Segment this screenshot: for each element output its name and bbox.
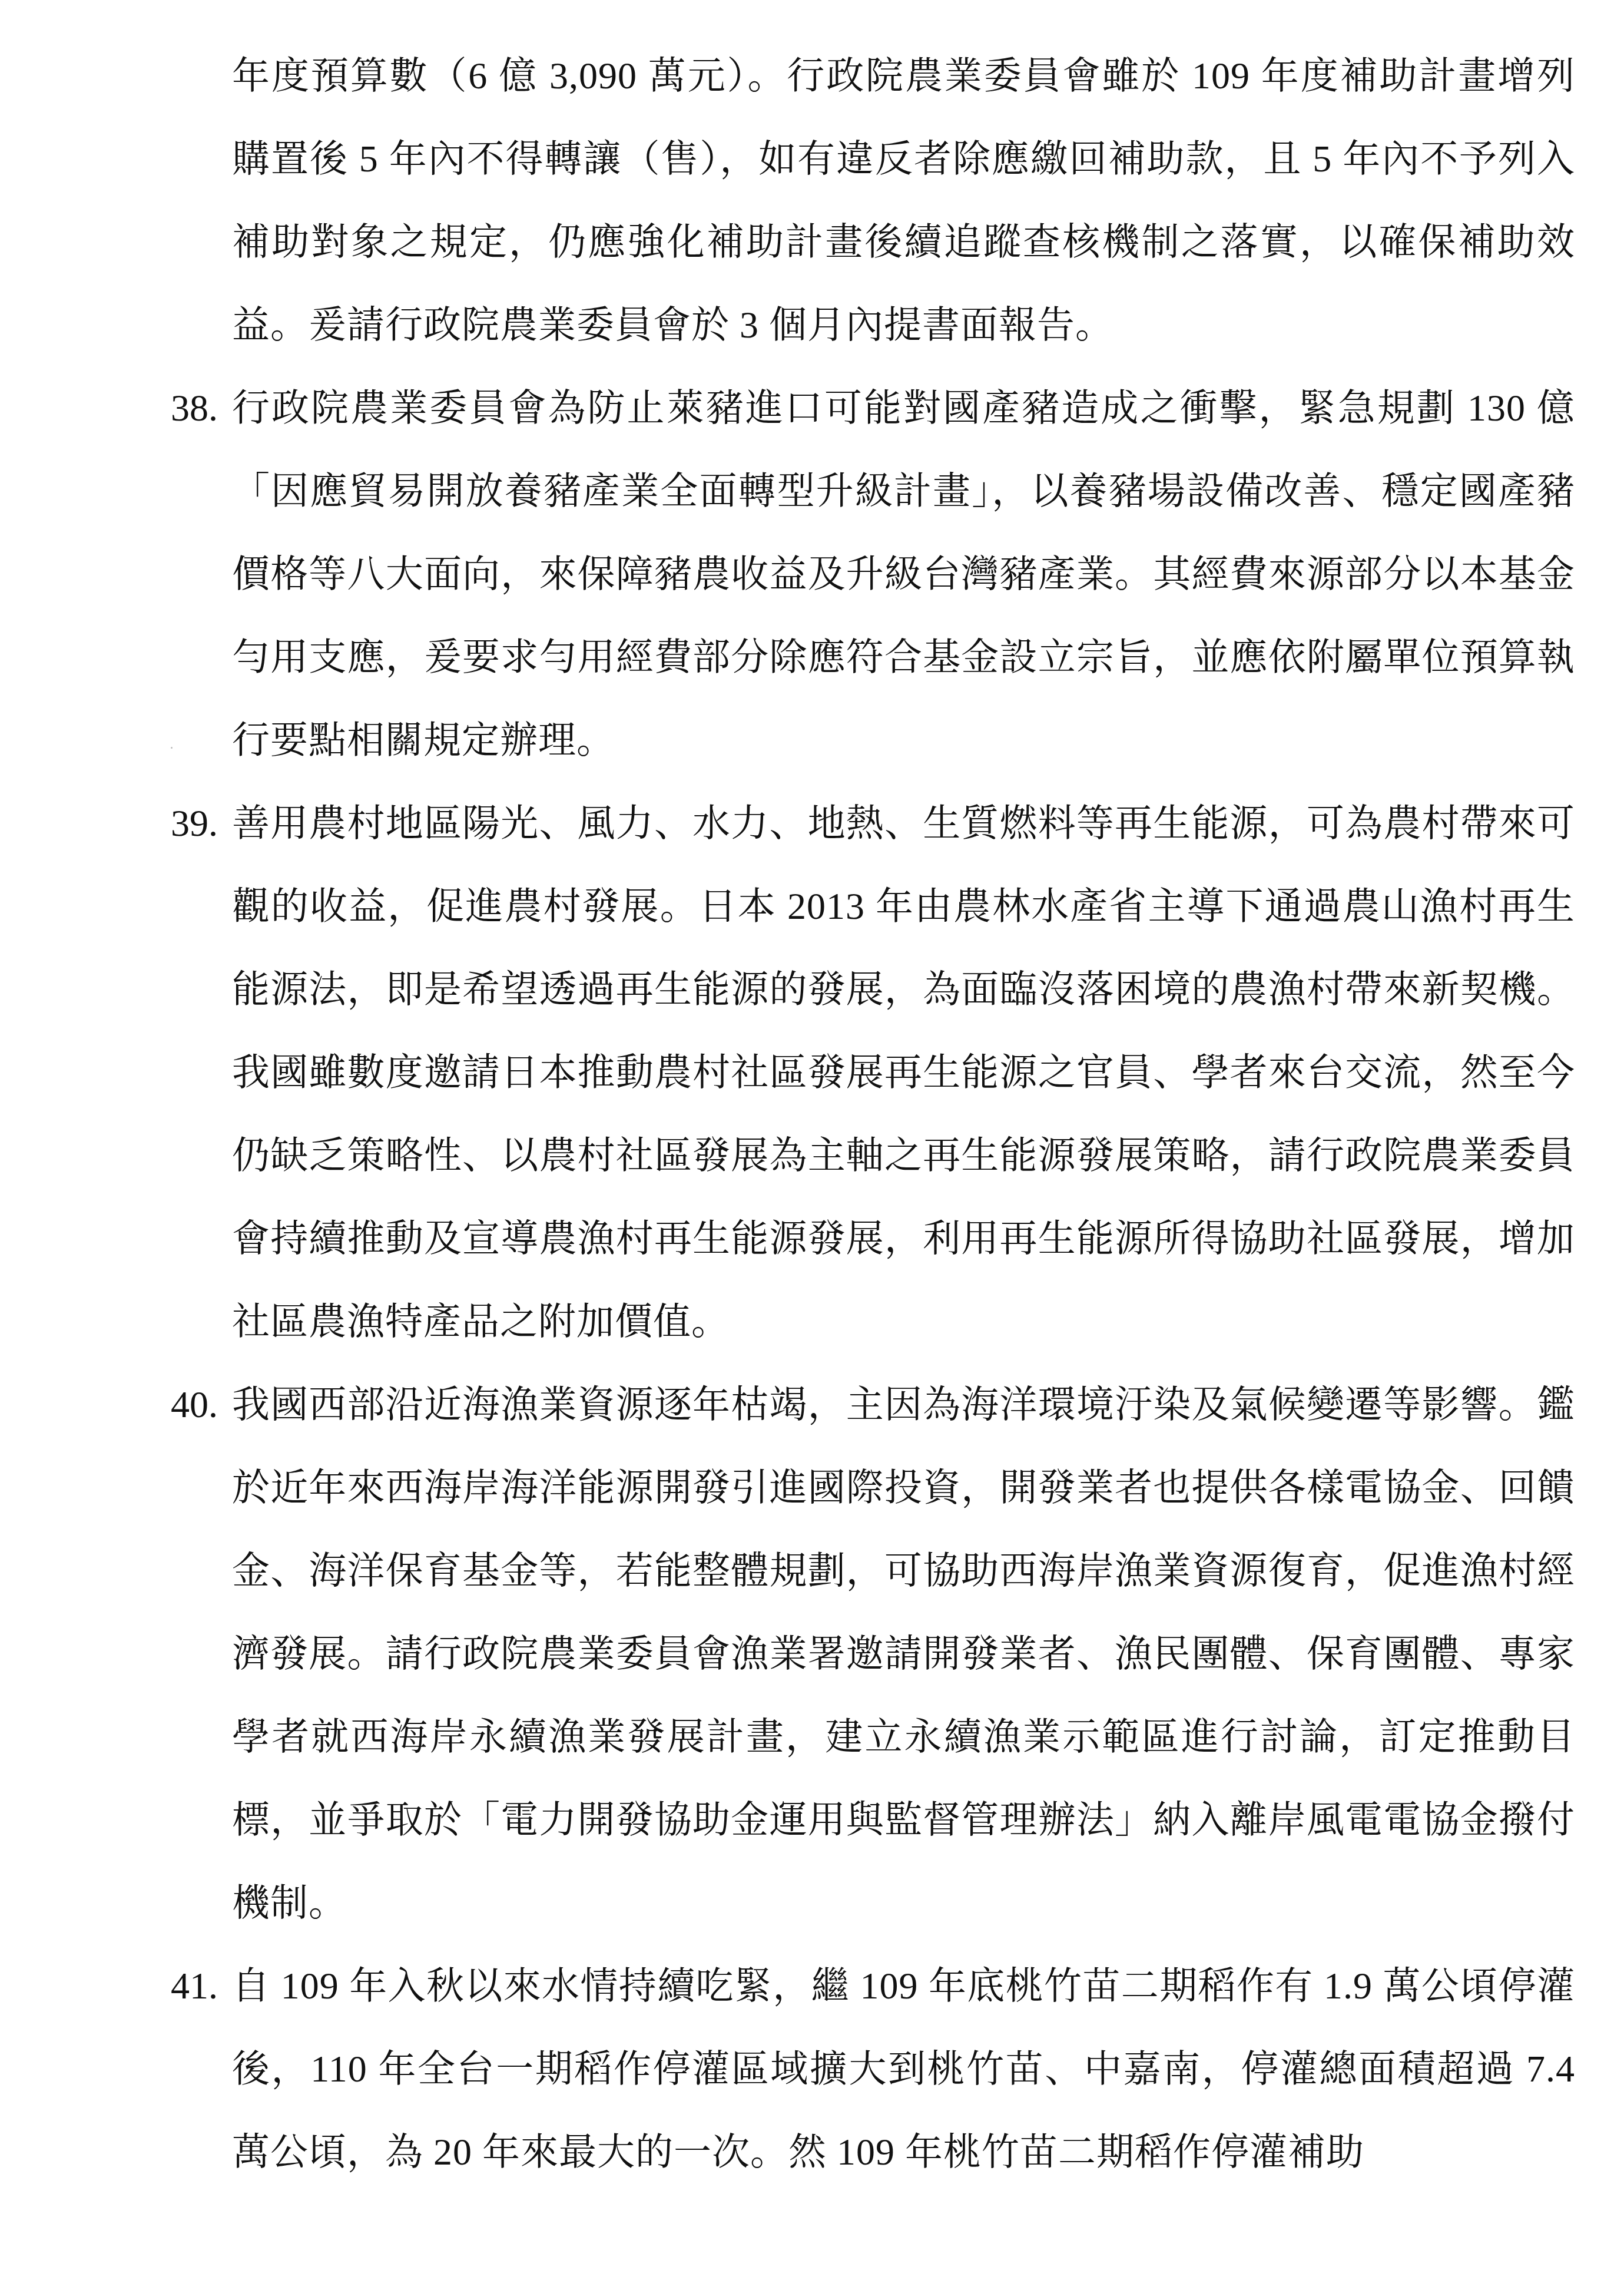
item-text: 自 109 年入秋以來水情持續吃緊，繼 109 年底桃竹苗二期稻作有 1.9 萬…	[232, 1944, 1575, 2193]
scan-artifact	[359, 1325, 361, 1327]
document-page: 年度預算數（6 億 3,090 萬元）。行政院農業委員會雖於 109 年度補助計…	[0, 0, 1624, 2280]
list-item-39: 39. 善用農村地區陽光、風力、水力、地熱、生質燃料等再生能源，可為農村帶來可觀…	[171, 782, 1575, 1363]
list-item-40: 40. 我國西部沿近海漁業資源逐年枯竭，主因為海洋環境汙染及氣候變遷等影響。鑑於…	[171, 1363, 1575, 1944]
item-number: 38.	[171, 366, 232, 449]
item-number: 39.	[171, 782, 232, 865]
item-text: 善用農村地區陽光、風力、水力、地熱、生質燃料等再生能源，可為農村帶來可觀的收益，…	[232, 782, 1575, 1363]
continuation-paragraph: 年度預算數（6 億 3,090 萬元）。行政院農業委員會雖於 109 年度補助計…	[171, 34, 1575, 366]
item-text: 行政院農業委員會為防止萊豬進口可能對國產豬造成之衝擊，緊急規劃 130 億「因應…	[232, 366, 1575, 782]
document-body: 年度預算數（6 億 3,090 萬元）。行政院農業委員會雖於 109 年度補助計…	[171, 34, 1575, 2193]
item-number: 41.	[171, 1944, 232, 2027]
list-item-38: 38. 行政院農業委員會為防止萊豬進口可能對國產豬造成之衝擊，緊急規劃 130 …	[171, 366, 1575, 782]
item-text: 我國西部沿近海漁業資源逐年枯竭，主因為海洋環境汙染及氣候變遷等影響。鑑於近年來西…	[232, 1363, 1575, 1944]
scan-artifact	[171, 747, 173, 749]
item-number: 40.	[171, 1363, 232, 1446]
list-item-41: 41. 自 109 年入秋以來水情持續吃緊，繼 109 年底桃竹苗二期稻作有 1…	[171, 1944, 1575, 2193]
